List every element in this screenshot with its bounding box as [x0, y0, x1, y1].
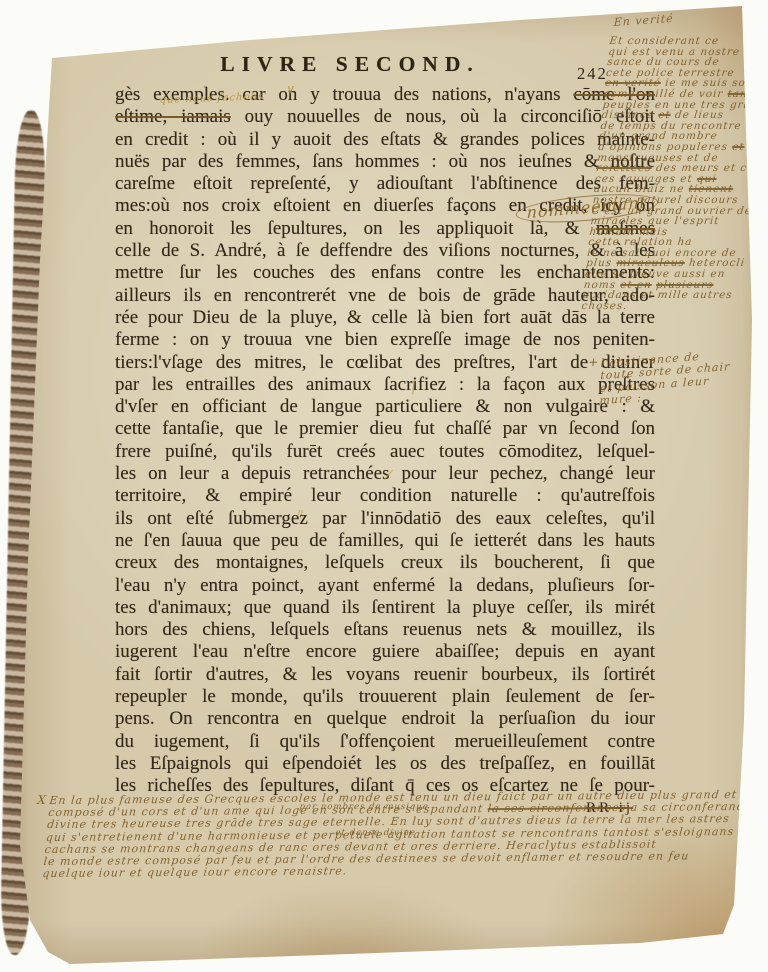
interlinear-que-nous-sachons-line: que nous ſachons — [159, 91, 264, 106]
caret-mark-line: ∨ — [286, 82, 297, 96]
x-mark: X — [37, 793, 48, 807]
tiny-n-correction: n — [297, 508, 305, 518]
signature-mark: RR ij — [586, 800, 633, 817]
annotation-layer: En veritéEt considerant cequi est venu a… — [0, 0, 768, 972]
tiny-n-correction-line: n — [297, 508, 305, 518]
plus-mark-line: + — [588, 355, 601, 369]
margin-note-right-line: Et considerant ce — [609, 36, 766, 47]
struck-text: et — [732, 141, 746, 153]
margin-note-abstinance: l'abstinance detoute sorte de chairet po… — [599, 348, 750, 408]
pechez-slash: ∕ — [384, 468, 393, 483]
plus-mark: + — [588, 355, 601, 369]
margin-note-right-line: esmerveillé de voir tant — [603, 89, 760, 100]
margin-note-en-verite-line: En verité — [614, 12, 674, 29]
scanned-book-page: LIVRE SECOND. 242 gès exemples. car on y… — [0, 0, 768, 972]
interlinear-danse: et danse divine — [335, 828, 416, 838]
interlinear-que-nous-sachons: que nous ſachons — [159, 91, 264, 106]
insertion-bar: | — [410, 379, 417, 395]
margin-note-right: Et considerant cequi est venu a nostresa… — [581, 36, 766, 311]
margin-note-en-verite: En verité — [614, 12, 674, 29]
interlinear-musique-line: par nombres de musique — [299, 802, 429, 812]
pechez-slash-line: ∕ — [384, 468, 393, 483]
caret-mark: ∨ — [286, 82, 297, 96]
page-paper: LIVRE SECOND. 242 gès exemples. car on y… — [0, 0, 768, 972]
interlinear-musique: par nombres de musique — [299, 802, 429, 812]
margin-note-right-line: d'opinions populeres et — [598, 142, 755, 153]
interlinear-danse-line: et danse divine — [335, 828, 416, 838]
margin-note-right-line: choses. — [581, 301, 738, 312]
insertion-bar-line: | — [410, 379, 417, 395]
x-mark-line: X — [37, 793, 48, 807]
